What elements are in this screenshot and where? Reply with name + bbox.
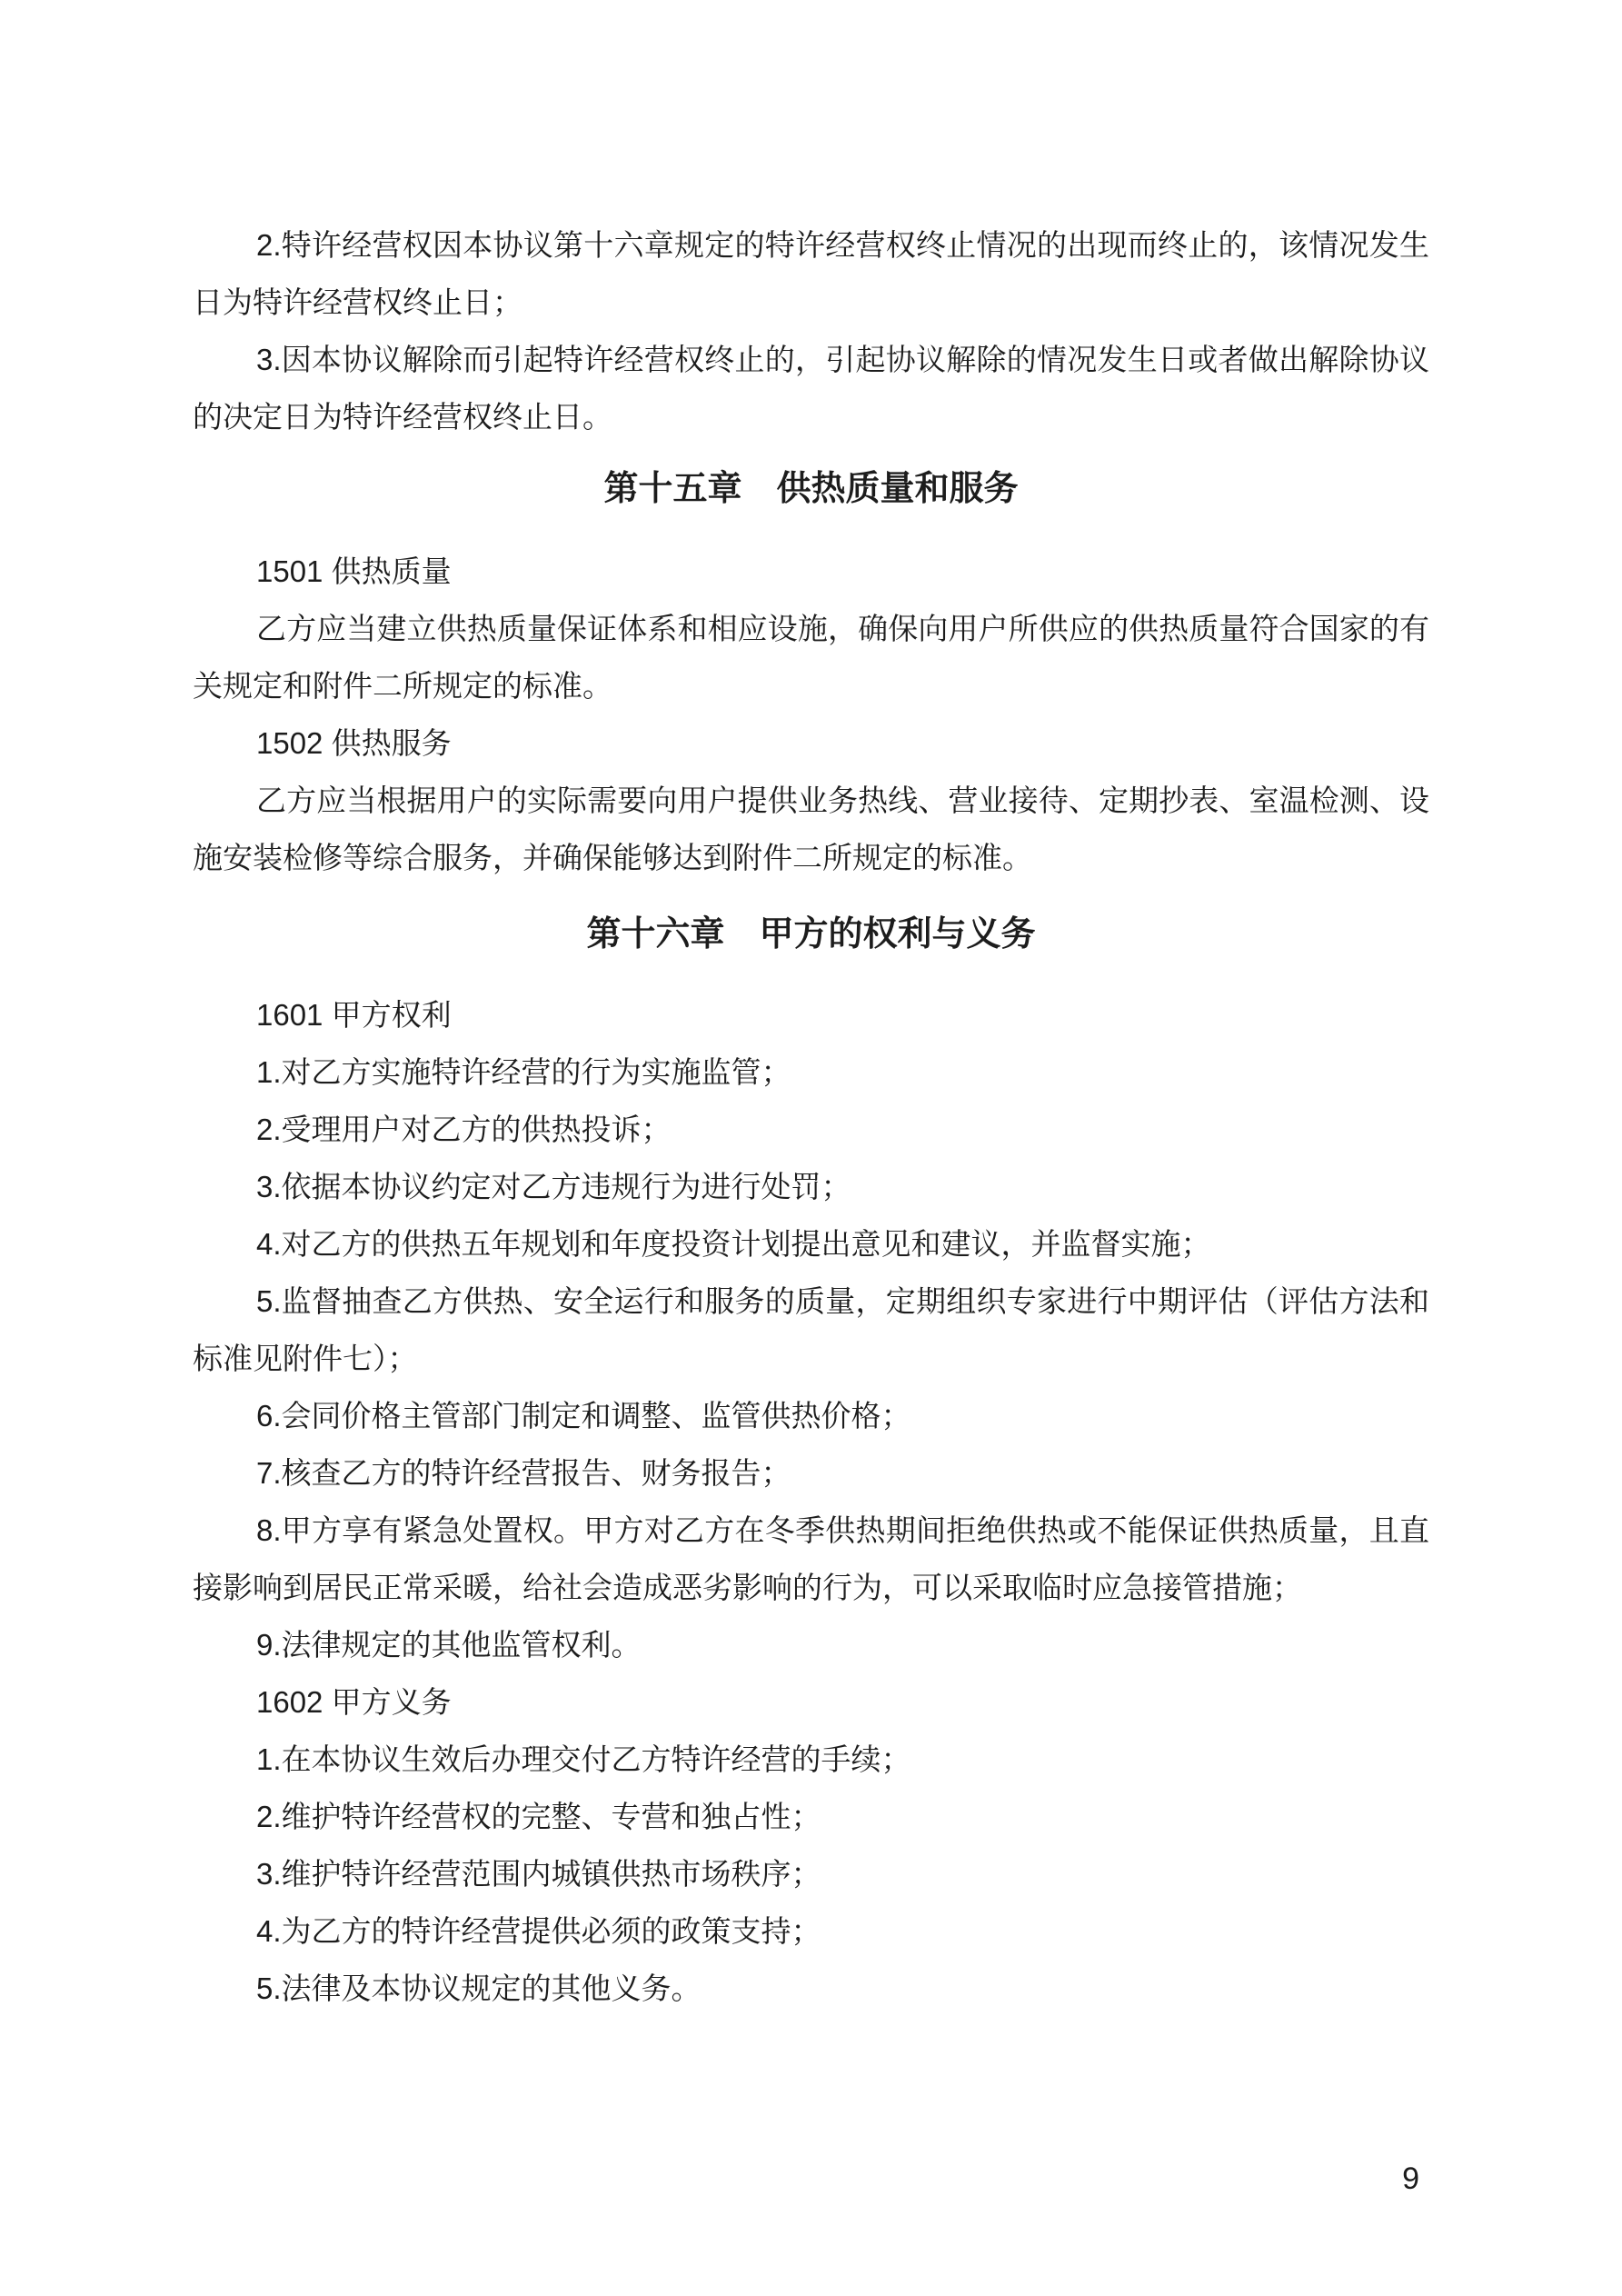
obligation-item-4: 4.为乙方的特许经营提供必须的政策支持； [193,1902,1429,1960]
right-item-9: 9.法律规定的其他监管权利。 [193,1616,1429,1673]
right-item-7: 7.核查乙方的特许经营报告、财务报告； [193,1444,1429,1502]
right-item-2: 2.受理用户对乙方的供热投诉； [193,1101,1429,1158]
clause-1601-heading: 1601 甲方权利 [193,986,1429,1043]
page-number: 9 [1402,2161,1419,2197]
right-item-8: 8.甲方享有紧急处置权。甲方对乙方在冬季供热期间拒绝供热或不能保证供热质量，且直… [193,1502,1429,1616]
document-body: 2.特许经营权因本协议第十六章规定的特许经营权终止情况的出现而终止的，该情况发生… [193,216,1429,2017]
obligation-item-2: 2.维护特许经营权的完整、专营和独占性； [193,1788,1429,1845]
paragraph-termination-item-2: 2.特许经营权因本协议第十六章规定的特许经营权终止情况的出现而终止的，该情况发生… [193,216,1429,331]
right-item-3: 3.依据本协议约定对乙方违规行为进行处罚； [193,1158,1429,1215]
right-item-6: 6.会同价格主管部门制定和调整、监管供热价格； [193,1387,1429,1444]
clause-1602-heading: 1602 甲方义务 [193,1673,1429,1731]
clause-1502-text: 乙方应当根据用户的实际需要向用户提供业务热线、营业接待、定期抄表、室温检测、设施… [193,772,1429,886]
clause-1502-heading: 1502 供热服务 [193,714,1429,772]
clause-1501-heading: 1501 供热质量 [193,543,1429,600]
chapter-16-title: 第十六章 甲方的权利与义务 [193,906,1429,963]
obligation-item-3: 3.维护特许经营范围内城镇供热市场秩序； [193,1845,1429,1902]
right-item-5: 5.监督抽查乙方供热、安全运行和服务的质量，定期组织专家进行中期评估（评估方法和… [193,1273,1429,1387]
obligation-item-5: 5.法律及本协议规定的其他义务。 [193,1960,1429,2017]
chapter-15-title: 第十五章 供热质量和服务 [193,461,1429,518]
paragraph-termination-item-3: 3.因本协议解除而引起特许经营权终止的，引起协议解除的情况发生日或者做出解除协议… [193,331,1429,445]
right-item-1: 1.对乙方实施特许经营的行为实施监管； [193,1043,1429,1101]
clause-1501-text: 乙方应当建立供热质量保证体系和相应设施，确保向用户所供应的供热质量符合国家的有关… [193,600,1429,714]
obligation-item-1: 1.在本协议生效后办理交付乙方特许经营的手续； [193,1731,1429,1788]
right-item-4: 4.对乙方的供热五年规划和年度投资计划提出意见和建议，并监督实施； [193,1215,1429,1273]
document-page: 2.特许经营权因本协议第十六章规定的特许经营权终止情况的出现而终止的，该情况发生… [0,0,1622,2296]
